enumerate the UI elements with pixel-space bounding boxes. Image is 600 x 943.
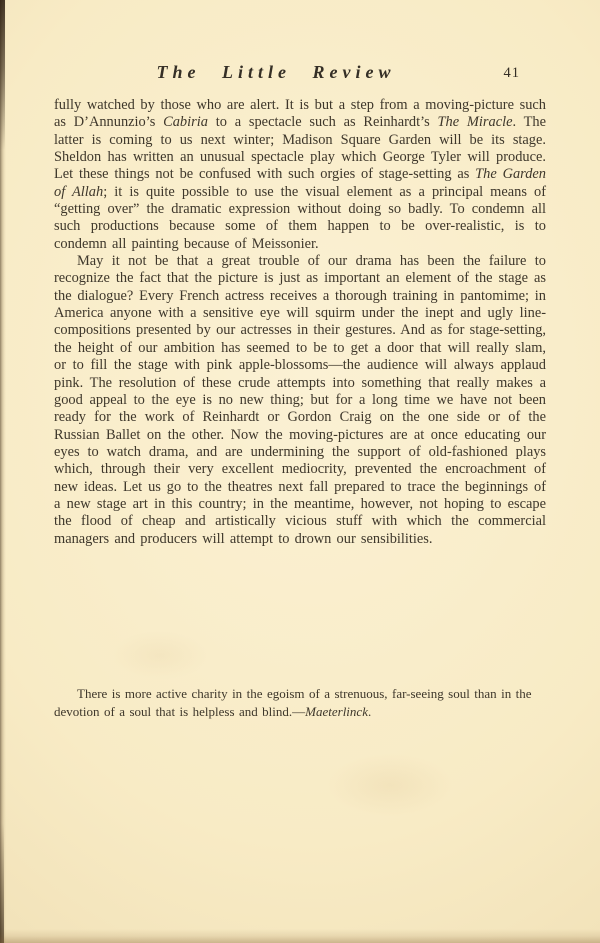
journal-title: The Little Review (54, 62, 498, 83)
paragraph: fully watched by those who are alert. It… (54, 97, 546, 253)
scanned-page: The Little Review 41 fully watched by th… (0, 0, 600, 943)
page-edge-shadow-left-bottom (0, 823, 4, 943)
paragraph: May it not be that a great trouble of ou… (54, 253, 546, 548)
page-edge-shadow-left (0, 0, 6, 943)
italic-text-run: Cabiria (163, 114, 208, 130)
text-run: There is more active charity in the egoi… (54, 686, 532, 719)
page-header: The Little Review 41 (54, 62, 544, 88)
text-run: to a spectacle such as Reinhardt’s (208, 114, 438, 130)
paper-stain (300, 740, 480, 830)
text-run: ; it is quite possible to use the visual… (54, 184, 546, 252)
italic-text-run: Maeterlinck (305, 704, 368, 719)
italic-text-run: The Miracle (438, 114, 513, 130)
epigraph: There is more active charity in the egoi… (54, 685, 546, 720)
page-edge-shadow-bottom (0, 929, 600, 943)
article-body: fully watched by those who are alert. It… (54, 97, 546, 548)
paper-stain (90, 620, 230, 690)
text-run: . (368, 704, 371, 719)
page-number: 41 (504, 65, 521, 82)
page-edge-shadow-left-top (0, 0, 5, 150)
text-run: May it not be that a great trouble of ou… (54, 253, 546, 547)
